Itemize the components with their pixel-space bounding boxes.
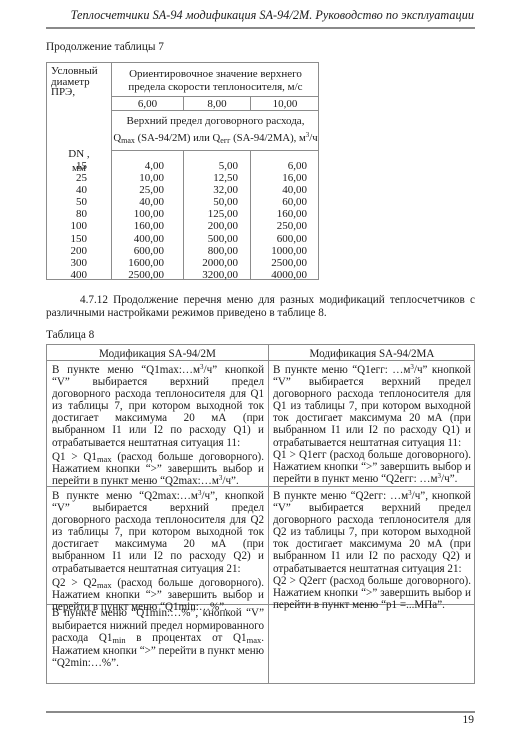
table7-cell-dn: 200 [47,245,87,257]
q-sub: max [121,136,135,145]
table7-cell-v8: 12,50 [184,172,238,184]
table7-cell-v6: 25,00 [112,184,164,196]
table8-rule [47,360,474,361]
text: Q2 > Q2егг (расход больше договорного). … [273,575,471,611]
v8-values-column: 5,0012,5032,0050,00125,00200,00500,00800… [184,160,238,281]
text: /ч”, кнопкой “V” выбирается верхний пред… [52,490,264,575]
q2-sub: егг [220,136,230,145]
text: /ч” кнопкой “V” выбирается верхний преде… [52,364,264,449]
table7-cell-dn: 400 [47,269,87,281]
velocity-header-line1: Ориентировочное значение верхнего [129,68,302,80]
table8-row1-2m: В пункте меню “Q1max:…м3/ч” кнопкой “V” … [52,364,264,487]
velocity-header: Ориентировочное значение верхнего предел… [112,68,319,94]
text: в процентах от Q1 [126,632,247,644]
table8-row2-2m: В пункте меню “Q2max:…м3/ч”, кнопкой “V”… [52,490,264,613]
flow-header-line2: Qmax (SA-94/2M) или Qегг (SA-94/2MA), м3… [113,132,317,144]
text: В пункте меню “Q1max:…м [52,364,200,376]
table8-caption: Таблица 8 [46,329,94,341]
table7-cell-v8: 32,00 [184,184,238,196]
table7-cell-v6: 4,00 [112,160,164,172]
table7-cell-dn: 25 [47,172,87,184]
velocity-10: 10,00 [251,98,319,110]
table7-cell-v6: 10,00 [112,172,164,184]
dn-column-label: Условный диаметр ПРЭ, [51,66,111,98]
table7-cell-dn: 80 [47,208,87,220]
table7-cell-v8: 800,00 [184,245,238,257]
table7-cell-v10: 4000,00 [251,269,307,281]
table7-cell-v10: 6,00 [251,160,307,172]
q-symbol: Q [113,132,121,144]
v6-values-column: 4,0010,0025,0040,00100,00160,00400,00600… [112,160,164,281]
table7-cell-dn: 15 [47,160,87,172]
table7-cell-v10: 16,00 [251,172,307,184]
table7-cell-v8: 500,00 [184,233,238,245]
text: В пункте меню “Q2max:…м [52,490,198,502]
table7-rule [112,150,318,151]
table7-cell-v10: 1000,00 [251,245,307,257]
table8-header-2ma: Модификация SA-94/2MA [269,348,475,360]
footer-rule [46,711,475,713]
table7-cell-v10: 60,00 [251,196,307,208]
table8-row2-2ma: В пункте меню “Q2егг: …м3/ч”, кнопкой “V… [273,490,471,611]
velocity-6: 6,00 [112,98,183,110]
table7-cell-v6: 600,00 [112,245,164,257]
table7: Условный диаметр ПРЭ, DN , мм Ориентиров… [46,62,319,280]
table7-cell-v8: 3200,00 [184,269,238,281]
table7-cell-dn: 40 [47,184,87,196]
table7-cell-v6: 1600,00 [112,257,164,269]
sub: max [247,635,262,645]
text: /ч”. [441,473,457,485]
table7-cell-v10: 250,00 [251,220,307,232]
table7-cell-dn: 50 [47,196,87,208]
section-4-7-12-paragraph: 4.7.12 Продолжение перечня меню для разн… [46,294,475,321]
table7-cell-v10: 600,00 [251,233,307,245]
text: /ч”, кнопкой “V” выбирается верхний пред… [273,490,471,575]
flow-mid: (SA-94/2M) или Q [135,132,220,144]
table7-cell-dn: 300 [47,257,87,269]
table7-cell-v6: 2500,00 [112,269,164,281]
table7-cell-dn: 150 [47,233,87,245]
table7-rule [112,96,318,97]
text: Q1 > Q1 [52,451,97,463]
flow-header-line1: Верхний предел договорного расхода, [127,115,305,127]
table7-cell-v10: 160,00 [251,208,307,220]
sub: min [112,635,125,645]
table7-cell-v8: 200,00 [184,220,238,232]
table7-cell-dn: 100 [47,220,87,232]
dn-symbol: DN , [68,148,89,160]
table7-cell-v6: 160,00 [112,220,164,232]
document-header-title: Теплосчетчики SA-94 модификация SA-94/2M… [46,8,474,23]
table7-caption: Продолжение таблицы 7 [46,41,164,53]
table7-cell-v8: 50,00 [184,196,238,208]
velocity-header-line2: предела скорости теплоносителя, м/с [128,81,302,93]
table7-cell-v6: 100,00 [112,208,164,220]
table8-row1-2ma: В пункте меню “Q1егг: …м3/ч” кнопкой “V”… [273,364,471,485]
flow-end: /ч [309,132,317,144]
text: Q2 > Q2 [52,577,97,589]
table7-rule [112,110,318,111]
flow-header: Верхний предел договорного расхода, Qmax… [112,113,319,149]
text: /ч”. [222,475,238,487]
table7-cell-v8: 2000,00 [184,257,238,269]
text: В пункте меню “Q2егг: …м [273,490,408,502]
text: /ч” кнопкой “V” выбирается верхний преде… [273,364,471,449]
table7-cell-v8: 5,00 [184,160,238,172]
velocity-8: 8,00 [184,98,250,110]
table7-cell-v10: 40,00 [251,184,307,196]
text: В пункте меню “Q1егг: …м [273,364,410,376]
v10-values-column: 6,0016,0040,0060,00160,00250,00600,00100… [251,160,307,281]
table8: Модификация SA-94/2M Модификация SA-94/2… [46,344,475,684]
table7-cell-v10: 2500,00 [251,257,307,269]
table7-cell-v6: 400,00 [112,233,164,245]
table7-cell-v8: 125,00 [184,208,238,220]
table8-divider [268,345,269,683]
table8-row3-2m: В пункте меню “Q1min:…%”, кнопкой “V” вы… [52,607,264,670]
flow-tail: (SA-94/2MA), м [230,132,305,144]
header-rule [46,27,475,29]
page-number: 19 [463,714,475,726]
table8-header-2m: Модификация SA-94/2M [47,348,268,360]
table7-cell-v6: 40,00 [112,196,164,208]
paragraph-text: 4.7.12 Продолжение перечня меню для разн… [46,294,475,319]
dn-values-column: 1525405080100150200300400 [47,160,87,281]
